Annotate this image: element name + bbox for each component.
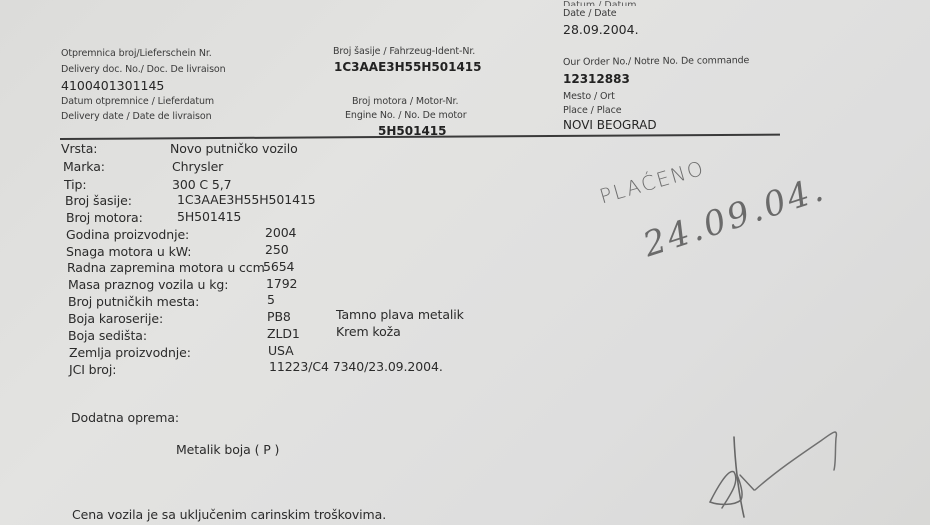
row-label-country: Zemlja proizvodnje: — [69, 345, 191, 360]
row-label-seats: Broj putničkih mesta: — [68, 294, 199, 309]
place-value: NOVI BEOGRAD — [563, 118, 657, 132]
row-value-seat-color-name: Krem koža — [336, 324, 401, 339]
row-label-seat-color: Boja sedišta: — [68, 328, 147, 343]
place-label-1: Mesto / Ort — [563, 91, 615, 102]
row-value-seat-color-code: ZLD1 — [267, 326, 300, 341]
delivery-doc-number: 4100401301145 — [61, 78, 164, 93]
order-label: Our Order No./ Notre No. De commande — [563, 55, 749, 68]
row-label-mass: Masa praznog vozila u kg: — [68, 277, 228, 292]
row-label-chassis: Broj šasije: — [65, 193, 132, 208]
row-value-year: 2004 — [265, 225, 296, 240]
row-label-year: Godina proizvodnje: — [66, 227, 189, 242]
chassis-number: 1C3AAE3H55H501415 — [334, 60, 482, 74]
delivery-doc-label-2: Delivery doc. No./ Doc. De livraison — [61, 64, 226, 75]
delivery-date-label-1: Datum otpremnice / Lieferdatum — [61, 96, 214, 107]
row-value-seats: 5 — [267, 292, 275, 307]
row-value-chassis: 1C3AAE3H55H501415 — [177, 192, 316, 207]
date-label: Date / Date — [563, 8, 617, 19]
row-value-body-color-name: Tamno plava metalik — [336, 307, 464, 322]
engine-label-2: Engine No. / No. De motor — [345, 110, 467, 121]
row-label-power: Snaga motora u kW: — [66, 244, 191, 259]
extras-item: Metalik boja ( P ) — [176, 442, 279, 457]
row-label-make: Marka: — [63, 159, 105, 174]
handwritten-paid-note: PLAĆENO — [597, 156, 708, 209]
row-label-engine: Broj motora: — [66, 210, 143, 225]
place-label-2: Place / Place — [563, 105, 621, 116]
extras-label: Dodatna oprema: — [71, 410, 179, 425]
row-label-jci: JCI broj: — [69, 362, 116, 377]
row-value-model: 300 C 5,7 — [172, 177, 232, 192]
row-label-body-color: Boja karoserije: — [68, 311, 163, 326]
row-value-type: Novo putničko vozilo — [170, 141, 298, 156]
row-value-displacement: 5654 — [263, 259, 294, 274]
row-value-make: Chrysler — [172, 159, 223, 174]
row-label-displacement: Radna zapremina motora u ccm — [67, 260, 265, 275]
row-label-model: Tip: — [64, 177, 86, 192]
row-value-jci: 11223/C4 7340/23.09.2004. — [269, 359, 443, 374]
row-label-type: Vrsta: — [61, 141, 97, 156]
price-note: Cena vozila je sa uključenim carinskim t… — [72, 507, 386, 522]
chassis-label: Broj šasije / Fahrzeug-Ident-Nr. — [333, 46, 475, 57]
row-value-body-color-code: PB8 — [267, 309, 291, 324]
delivery-doc-label-1: Otpremnica broj/Lieferschein Nr. — [61, 48, 212, 59]
signature-icon — [700, 410, 840, 520]
order-number: 12312883 — [563, 72, 630, 86]
row-value-power: 250 — [265, 242, 289, 257]
row-value-engine: 5H501415 — [177, 209, 241, 224]
date-value: 28.09.2004. — [563, 22, 639, 37]
engine-label-1: Broj motora / Motor-Nr. — [352, 96, 458, 107]
date-label-clipped: Datum / Datum — [563, 0, 637, 6]
delivery-date-label-2: Delivery date / Date de livraison — [61, 111, 212, 122]
row-value-mass: 1792 — [266, 276, 297, 291]
row-value-country: USA — [268, 343, 294, 358]
